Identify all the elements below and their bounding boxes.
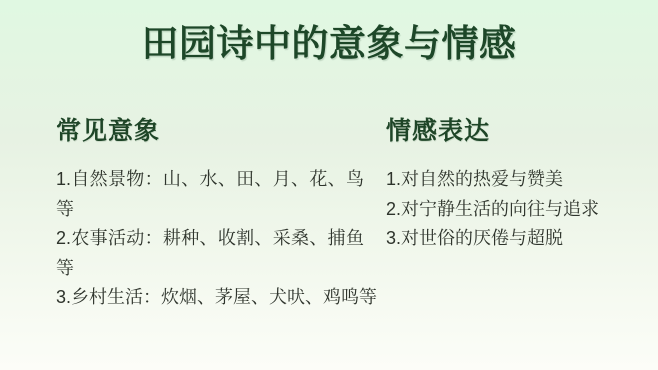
list-item: 1.自然景物：山、水、田、月、花、鸟等	[56, 165, 364, 224]
emotion-column: 情感表达 1.对自然的热爱与赞美2.对宁静生活的向往与追求3.对世俗的厌倦与超脱	[386, 116, 642, 254]
list-item: 3.对世俗的厌倦与超脱	[386, 224, 642, 254]
list-item: 1.对自然的热爱与赞美	[386, 165, 642, 195]
imagery-list: 1.自然景物：山、水、田、月、花、鸟等2.农事活动：耕种、收割、采桑、捕鱼等3.…	[56, 165, 364, 313]
list-item-line: 3.乡村生活：炊烟、茅屋、犬吠、鸡鸣等	[56, 283, 364, 313]
list-item-line: 等	[56, 195, 364, 225]
emotion-column-heading: 情感表达	[386, 116, 642, 148]
list-item-line: 1.自然景物：山、水、田、月、花、鸟	[56, 165, 364, 195]
list-item-line: 2.对宁静生活的向往与追求	[386, 195, 642, 225]
slide: 田园诗中的意象与情感 常见意象 1.自然景物：山、水、田、月、花、鸟等2.农事活…	[0, 0, 658, 370]
imagery-column: 常见意象 1.自然景物：山、水、田、月、花、鸟等2.农事活动：耕种、收割、采桑、…	[56, 116, 364, 313]
list-item-line: 3.对世俗的厌倦与超脱	[386, 224, 642, 254]
list-item-line: 2.农事活动：耕种、收割、采桑、捕鱼	[56, 224, 364, 254]
list-item-line: 1.对自然的热爱与赞美	[386, 165, 642, 195]
list-item: 2.对宁静生活的向往与追求	[386, 195, 642, 225]
imagery-column-heading: 常见意象	[56, 116, 364, 148]
list-item: 2.农事活动：耕种、收割、采桑、捕鱼等	[56, 224, 364, 283]
list-item-line: 等	[56, 254, 364, 284]
emotion-list: 1.对自然的热爱与赞美2.对宁静生活的向往与追求3.对世俗的厌倦与超脱	[386, 165, 642, 254]
list-item: 3.乡村生活：炊烟、茅屋、犬吠、鸡鸣等	[56, 283, 364, 313]
slide-title: 田园诗中的意象与情感	[0, 22, 658, 68]
